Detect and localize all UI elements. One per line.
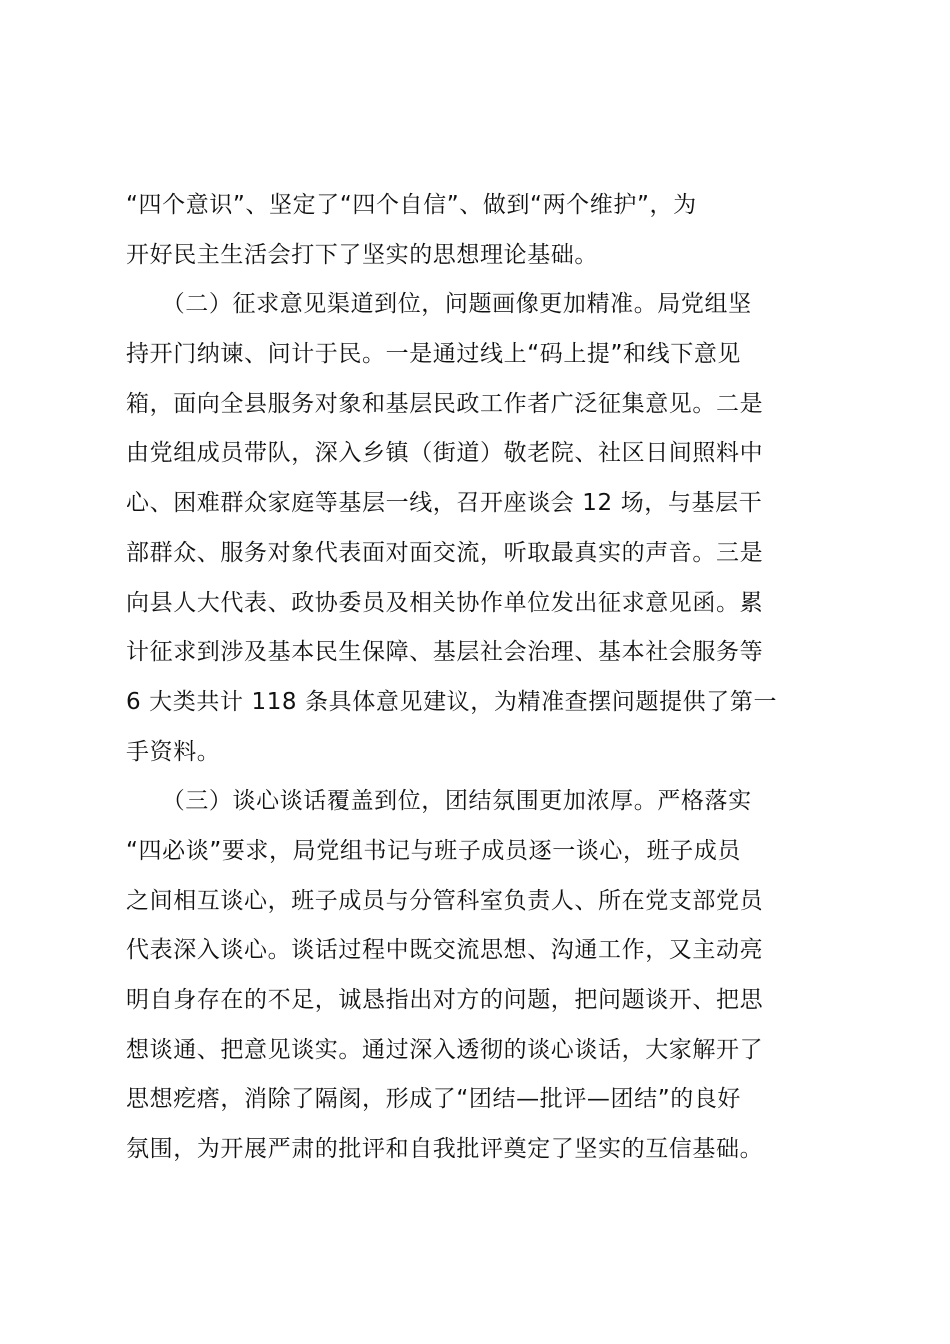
- section-heading-line: （三）谈心谈话覆盖到位，团结氛围更加浓厚。严格落实: [126, 777, 836, 827]
- section-heading-line: （二）征求意见渠道到位，问题画像更加精准。局党组坚: [126, 280, 836, 330]
- body-text: “四个意识”、坚定了“四个自信”、做到“两个维护”，为 开好民主生活会打下了坚实…: [126, 181, 836, 1175]
- text-line: 手资料。: [126, 728, 836, 778]
- document-page: “四个意识”、坚定了“四个自信”、做到“两个维护”，为 开好民主生活会打下了坚实…: [0, 0, 950, 1344]
- text-line: 思想疙瘩，消除了隔阂，形成了“团结—批评—团结”的良好: [126, 1075, 836, 1125]
- text-line: 持开门纳谏、问计于民。一是通过线上“码上提”和线下意见: [126, 330, 836, 380]
- text-line: 代表深入谈心。谈话过程中既交流思想、沟通工作，又主动亮: [126, 926, 836, 976]
- text-line: 部群众、服务对象代表面对面交流，听取最真实的声音。三是: [126, 529, 836, 579]
- text-line: 之间相互谈心，班子成员与分管科室负责人、所在党支部党员: [126, 877, 836, 927]
- text-line: 向县人大代表、政协委员及相关协作单位发出征求意见函。累: [126, 579, 836, 629]
- text-line: 氛围，为开展严肃的批评和自我批评奠定了坚实的互信基础。: [126, 1125, 836, 1175]
- text-line: 明自身存在的不足，诚恳指出对方的问题，把问题谈开、把思: [126, 976, 836, 1026]
- text-line: 计征求到涉及基本民生保障、基层社会治理、基本社会服务等: [126, 628, 836, 678]
- text-line: 6 大类共计 118 条具体意见建议，为精准查摆问题提供了第一: [126, 678, 836, 728]
- text-line: “四个意识”、坚定了“四个自信”、做到“两个维护”，为: [126, 181, 836, 231]
- text-line: 由党组成员带队，深入乡镇（街道）敬老院、社区日间照料中: [126, 429, 836, 479]
- text-line: 箱，面向全县服务对象和基层民政工作者广泛征集意见。二是: [126, 380, 836, 430]
- text-line: 开好民主生活会打下了坚实的思想理论基础。: [126, 231, 836, 281]
- text-line: “四必谈”要求，局党组书记与班子成员逐一谈心，班子成员: [126, 827, 836, 877]
- text-line: 心、困难群众家庭等基层一线，召开座谈会 12 场，与基层干: [126, 479, 836, 529]
- text-line: 想谈通、把意见谈实。通过深入透彻的谈心谈话，大家解开了: [126, 1026, 836, 1076]
